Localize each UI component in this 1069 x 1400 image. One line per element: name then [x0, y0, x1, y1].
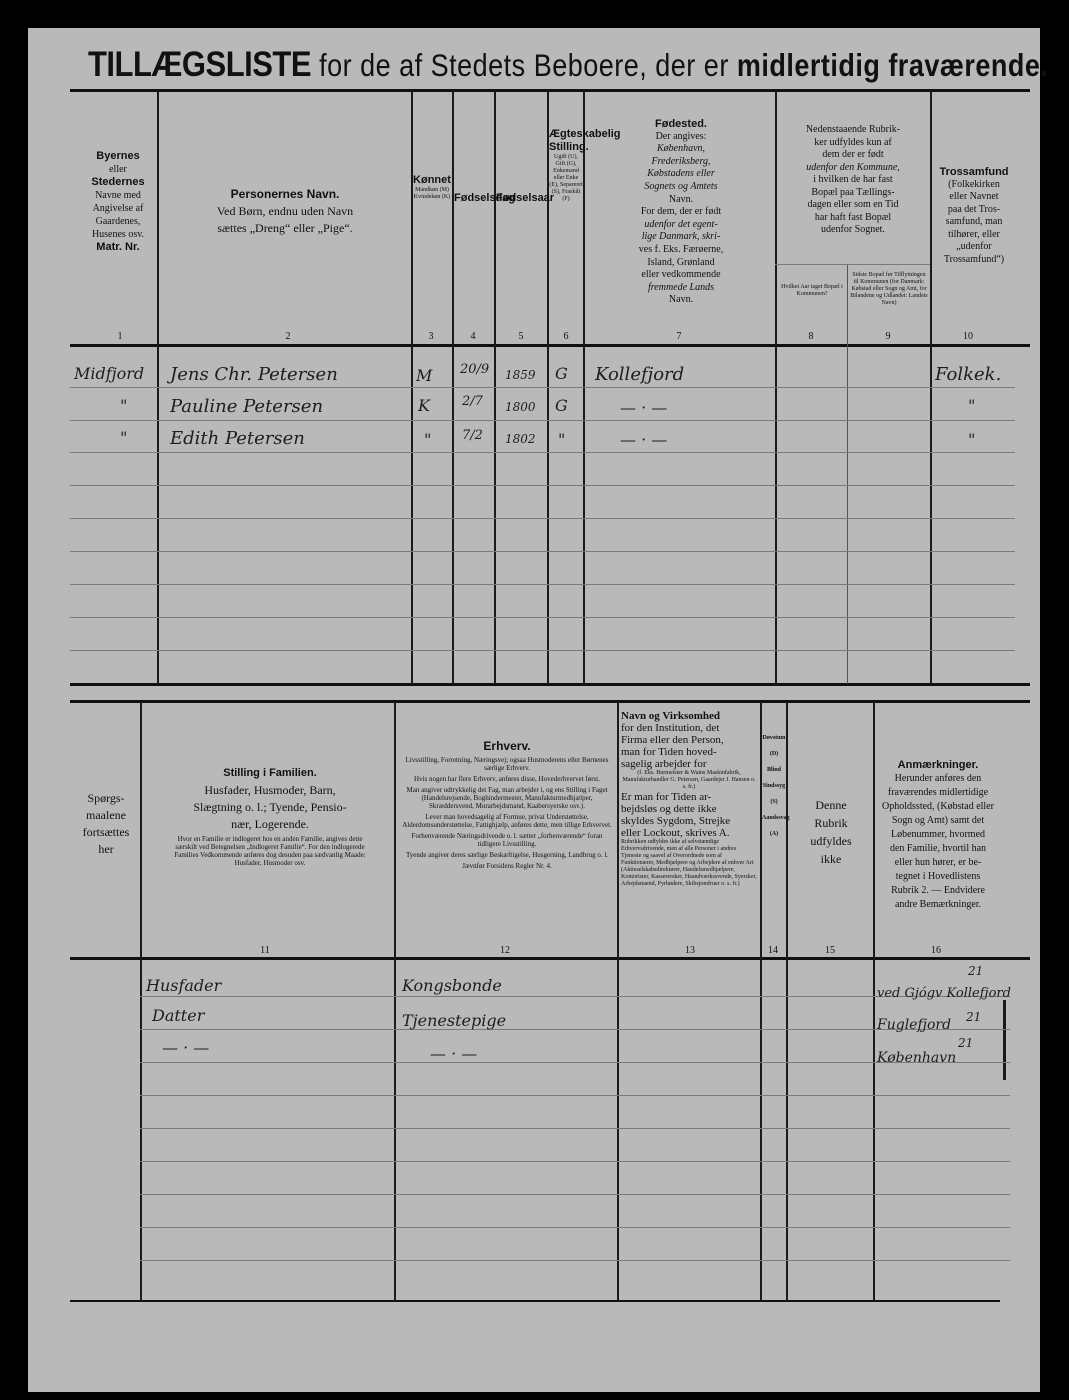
- text: Forhenværende Næringsdrivende o. l. sætt…: [400, 832, 614, 848]
- col-number: 6: [556, 331, 576, 342]
- table-rule: [786, 702, 788, 1302]
- col-number: 11: [255, 945, 275, 956]
- col-number: 1: [110, 331, 130, 342]
- text: udenfor den Kommune,: [806, 162, 900, 173]
- text: Kønnet: [413, 174, 451, 187]
- text: Spørgs-: [74, 790, 138, 807]
- text: Løbenummer, hvormed: [878, 828, 998, 842]
- text: Husfader: [146, 976, 221, 995]
- table-rule: [70, 650, 1015, 651]
- text: for den Institution, det: [621, 722, 757, 734]
- text: Rubrik 2. — Endvidere: [878, 884, 998, 898]
- text: Rubrikken udfyldes ikke af selvstændige …: [621, 839, 757, 888]
- col-number: 3: [421, 331, 441, 342]
- text: Aandssvag (A): [762, 810, 786, 842]
- text: Navne med: [80, 189, 156, 202]
- text: eller: [80, 163, 156, 176]
- text: Lever man hovedsagelig af Formue, privat…: [400, 813, 614, 829]
- col2-header: Personernes Navn. Ved Børn, endnu uden N…: [160, 186, 410, 237]
- text: dem der er født: [778, 149, 928, 162]
- table-rule: [70, 551, 1015, 552]
- text: Matr. Nr.: [80, 241, 156, 254]
- text: M: [416, 366, 432, 385]
- text: 21: [966, 1010, 981, 1024]
- text: maalene: [74, 807, 138, 824]
- text: ": [558, 430, 565, 449]
- text: Hvor en Familie er indlogeret hos en and…: [170, 835, 370, 867]
- text: Herunder anføres den: [878, 772, 998, 786]
- text: ves f. Eks. Færøerne,: [590, 244, 772, 257]
- col-number: 16: [926, 945, 946, 956]
- title-bold-prefix: TILLÆGSLISTE: [88, 44, 311, 84]
- text: Er man for Tiden ar-: [621, 791, 757, 803]
- col9-subheader: Sidste Bopæl før Tilflytningen til Kommu…: [850, 272, 928, 307]
- table-rule: [140, 1095, 1010, 1096]
- table-rule: [70, 420, 1015, 421]
- text: Navn og Virksomhed: [621, 710, 757, 722]
- col15-header: Denne Rubrik udfyldes ikke: [790, 796, 872, 868]
- text: Trossamfund: [932, 166, 1016, 179]
- text: 7/2: [462, 428, 483, 443]
- col6-header: Ægteskabelig Stilling. Ugift (U), Gift (…: [549, 128, 583, 203]
- text: Rubrik: [790, 814, 872, 832]
- text: lige Danmark, skri-: [642, 231, 721, 242]
- text: samfund, man: [932, 216, 1016, 229]
- questions-continue-note: Spørgs- maalene fortsættes her: [74, 790, 138, 858]
- text: Anmærkninger.: [878, 758, 998, 772]
- col8-subheader: Hvilket Aar taget Bopæl i Kommunen?: [780, 284, 844, 298]
- text: 1802: [505, 432, 536, 446]
- text: Navn.: [590, 194, 772, 207]
- text: — · —: [162, 1038, 209, 1057]
- text: fremmede Lands: [648, 282, 714, 293]
- table-rule: [140, 1128, 1010, 1129]
- text: tegnet i Hovedlistens: [878, 870, 998, 884]
- col10-header: Trossamfund (Folkekirken eller Navnet pa…: [932, 166, 1016, 266]
- text: eller vedkommende: [590, 269, 772, 282]
- text: Trossamfund“): [932, 254, 1016, 267]
- text: Personernes Navn.: [160, 186, 410, 203]
- table-rule: [140, 1161, 1010, 1162]
- text: paa det Tros-: [932, 204, 1016, 217]
- text: Ved Børn, endnu uden Navn: [160, 203, 410, 220]
- top-rule: [70, 89, 1030, 92]
- text: ker udfyldes kun af: [778, 137, 928, 150]
- text: Angivelse af: [80, 202, 156, 215]
- bottom-table-top-rule: [70, 700, 1030, 703]
- table-rule: [70, 617, 1015, 618]
- text: ": [120, 428, 127, 447]
- text: Denne: [790, 796, 872, 814]
- text: Man angiver udtrykkelig det Fag, man arb…: [400, 786, 614, 810]
- col-number: 2: [278, 331, 298, 342]
- text: Firma eller den Person,: [621, 734, 757, 746]
- text: 20/9: [460, 362, 489, 377]
- text: Købstadens eller: [647, 168, 715, 179]
- text: Edith Petersen: [170, 428, 305, 449]
- text: andre Bemærkninger.: [878, 898, 998, 912]
- text: Livsstilling, Forretning, Næringsvej; og…: [400, 756, 614, 772]
- text: Der angives:: [590, 131, 772, 144]
- text: ": [968, 396, 975, 415]
- text: Sindssyg (S): [762, 778, 786, 810]
- table-rule: [140, 1194, 1010, 1195]
- col11-header: Stilling i Familien. Husfader, Husmoder,…: [150, 765, 390, 867]
- text: Kongsbonde: [402, 976, 502, 995]
- text: Tyende angiver deres særlige Beskæftigel…: [400, 851, 614, 859]
- text: Slægtning o. l.; Tyende, Pensio-: [150, 799, 390, 816]
- text: — · —: [620, 398, 667, 417]
- text: 1800: [505, 400, 536, 414]
- col-number: 14: [763, 945, 783, 956]
- col5-header: Fødselsaar: [496, 192, 546, 205]
- col-number: 15: [820, 945, 840, 956]
- table-rule: [70, 452, 1015, 453]
- text: i hvilken de har fast: [778, 174, 928, 187]
- text: Fødselsaar: [496, 192, 546, 205]
- text: her: [74, 841, 138, 858]
- text: fortsættes: [74, 824, 138, 841]
- table-rule: [847, 264, 848, 684]
- text: ved Gjógv Kollefjord: [877, 986, 1011, 1001]
- text: Erhverv.: [400, 740, 614, 753]
- text: 21: [968, 964, 983, 978]
- text: Jævnfør Forsidens Regler Nr. 4.: [400, 862, 614, 870]
- text: Midfjord: [74, 364, 144, 383]
- table-rule: [140, 1227, 1010, 1228]
- col-number: 13: [680, 945, 700, 956]
- text: udenfor Sognet.: [778, 224, 928, 237]
- text: — · —: [620, 430, 667, 449]
- text: Ægteskabelig Stilling.: [549, 128, 583, 154]
- table-rule: [873, 702, 875, 1302]
- text: (Folkekirken: [932, 179, 1016, 192]
- table-rule: [617, 702, 619, 1302]
- text: 1859: [505, 368, 536, 382]
- table-rule: [1003, 1000, 1006, 1080]
- table-rule: [70, 518, 1015, 519]
- title-middle: for de af Stedets Beboere, der er: [311, 49, 737, 84]
- col4-header: Fødselsdag: [454, 192, 494, 205]
- text: Ugift (U), Gift (G), Enkemand eller Enke…: [549, 154, 583, 203]
- table-rule: [70, 387, 1015, 388]
- text: eller hun hører, er be-: [878, 856, 998, 870]
- text: 21: [958, 1036, 973, 1050]
- table-rule: [70, 584, 1015, 585]
- text: ikke: [790, 850, 872, 868]
- col-number: 9: [878, 331, 898, 342]
- table-rule: [140, 702, 142, 1302]
- table-rule: [394, 702, 396, 1302]
- text: fraværendes midlertidige: [878, 786, 998, 800]
- col14-header: Døvstum (D) Blind Sindssyg (S) Aandssvag…: [762, 730, 786, 842]
- text: Husfader, Husmoder, Barn,: [150, 782, 390, 799]
- text: Folkek.: [935, 364, 1001, 385]
- text: Navn.: [590, 294, 772, 307]
- text: tilhører, eller: [932, 229, 1016, 242]
- text: Sognets og Amtets: [644, 181, 717, 192]
- col8-9-group-header: Nedenstaaende Rubrik- ker udfyldes kun a…: [778, 124, 928, 237]
- col1-header: Byernes eller Stedernes Navne med Angive…: [80, 150, 156, 254]
- text: Datter: [152, 1006, 204, 1025]
- text: Pauline Petersen: [170, 396, 323, 417]
- text: sættes „Dreng“ eller „Pige“.: [160, 220, 410, 237]
- text: Bopæl paa Tællings-: [778, 187, 928, 200]
- text: — · —: [430, 1044, 477, 1063]
- col-number: 4: [463, 331, 483, 342]
- col-number: 7: [669, 331, 689, 342]
- text: Hvis nogen har flere Erhverv, anføres di…: [400, 775, 614, 783]
- col3-header: Kønnet Mandkøn (M) Kvindekøn (K): [413, 174, 451, 201]
- col-number: 12: [495, 945, 515, 956]
- text: For dem, der er født: [590, 206, 772, 219]
- col-number: 10: [958, 331, 978, 342]
- text: „udenfor: [932, 241, 1016, 254]
- text: Byernes: [80, 150, 156, 163]
- text: Gaardenes,: [80, 215, 156, 228]
- top-table-bottom-rule: [70, 683, 1030, 686]
- form-title: TILLÆGSLISTE for de af Stedets Beboere, …: [88, 44, 1018, 85]
- text: Nedenstaaende Rubrik-: [778, 124, 928, 137]
- text: Fødested.: [590, 118, 772, 131]
- text: nær, Logerende.: [150, 816, 390, 833]
- bottom-table-end-rule: [70, 1300, 1000, 1302]
- text: ": [120, 396, 127, 415]
- text: sagelig arbejder for: [621, 758, 757, 770]
- text: Jens Chr. Petersen: [170, 364, 338, 385]
- text: K: [418, 396, 430, 415]
- col-number: 8: [801, 331, 821, 342]
- title-bold-suffix: midlertidig fraværende.: [737, 49, 1049, 84]
- text: bejdsløs og dette ikke: [621, 803, 757, 815]
- text: (f. Eks. Burmeister & Wains Maskinfabrik…: [621, 770, 757, 791]
- text: Blind: [762, 762, 786, 778]
- col12-header: Erhverv. Livsstilling, Forretning, Nærin…: [400, 740, 614, 870]
- text: København,: [657, 143, 705, 154]
- text: G: [555, 364, 568, 383]
- text: Husenes osv.: [80, 228, 156, 241]
- text: ": [424, 430, 431, 449]
- text: Mandkøn (M) Kvindekøn (K): [413, 187, 451, 201]
- text: udfyldes: [790, 832, 872, 850]
- text: eller Navnet: [932, 191, 1016, 204]
- text: dagen eller som en Tid: [778, 199, 928, 212]
- table-rule: [775, 264, 930, 265]
- bottom-header-rule: [70, 957, 1030, 960]
- text: man for Tiden hoved-: [621, 746, 757, 758]
- text: København: [877, 1050, 956, 1066]
- text: eller Lockout, skrives A.: [621, 827, 757, 839]
- text: Døvstum (D): [762, 730, 786, 762]
- text: 2/7: [462, 394, 483, 409]
- text: Fødselsdag: [454, 192, 494, 205]
- col-number: 5: [511, 331, 531, 342]
- table-rule: [140, 1260, 1010, 1261]
- text: skyldes Sygdom, Strejke: [621, 815, 757, 827]
- text: G: [555, 396, 568, 415]
- text: Island, Grønland: [590, 257, 772, 270]
- header-bottom-rule: [70, 344, 1030, 347]
- text: Frederiksberg,: [652, 156, 711, 167]
- text: Sogn og Amt) samt det: [878, 814, 998, 828]
- text: ": [968, 430, 975, 449]
- text: Stilling i Familien.: [150, 765, 390, 782]
- table-rule: [70, 485, 1015, 486]
- text: har haft fast Bopæl: [778, 212, 928, 225]
- col13-header: Navn og Virksomhed for den Institution, …: [621, 710, 757, 888]
- col7-header: Fødested. Der angives: København, Freder…: [590, 118, 772, 307]
- col16-header: Anmærkninger. Herunder anføres den fravæ…: [878, 758, 998, 912]
- text: Kollefjord: [595, 364, 684, 385]
- text: Fuglefjord: [877, 1017, 951, 1033]
- text: udenfor det egent-: [644, 219, 717, 230]
- text: Stedernes: [80, 176, 156, 189]
- text: Tjenestepige: [402, 1011, 506, 1030]
- text: den Familie, hvortil han: [878, 842, 998, 856]
- text: Opholdssted, (Købstad eller: [878, 800, 998, 814]
